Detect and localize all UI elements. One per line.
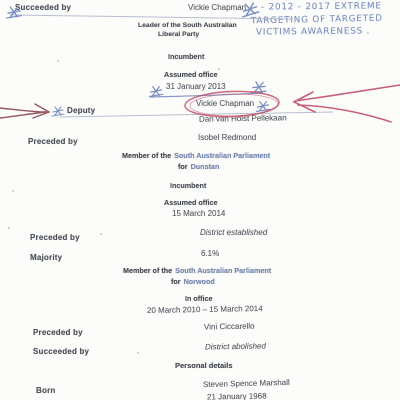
office3-for-word: for	[171, 277, 181, 286]
preceded-by-3-value: Vini Ciccarello	[204, 322, 255, 332]
scanned-document-page: Succeeded by Vickie Chapman Leader of th…	[0, 0, 400, 400]
office2-parliament-link-text: South Australian Parliament	[174, 151, 270, 160]
handwritten-underline-date	[150, 93, 263, 97]
office2-title-prefix: Member of the	[122, 151, 171, 160]
deputy-value-2: Dan van Holst Pellekaan	[199, 113, 287, 124]
row-divider-line-deputy	[60, 112, 333, 117]
office2-district-line: forDunstan	[178, 162, 219, 171]
handwritten-note-line2: TARGETING OF TARGETED	[251, 14, 383, 27]
office1-title-line1: Leader of the South Australian	[138, 22, 237, 29]
succeeded-by-2-label: Succeeded by	[33, 347, 89, 356]
scan-speck	[12, 190, 14, 192]
personal-details-header: Personal details	[175, 361, 233, 370]
office3-in-office-label: In office	[185, 294, 213, 303]
handwritten-star-icon	[256, 102, 269, 112]
scan-speck	[8, 227, 10, 229]
scan-speck	[57, 60, 59, 62]
office3-district-link-text: Norwood	[184, 277, 215, 286]
office2-assumed-office-date: 15 March 2014	[172, 209, 225, 218]
office2-for-word: for	[178, 162, 188, 171]
handwritten-note-line1: - 2012 - 2017 EXTREME	[261, 1, 382, 12]
red-arrow-icon	[294, 85, 400, 122]
office2-incumbent-status: Incumbent	[170, 181, 206, 190]
office1-title-line2: Liberal Party	[158, 31, 199, 38]
office3-parliament-link-text: South Australian Parliament	[175, 266, 271, 275]
preceded-by-2-label: Preceded by	[30, 233, 80, 242]
office3-title: Member of theSouth Australian Parliament	[123, 266, 271, 275]
maroon-arrow-icon	[0, 104, 49, 118]
succeeded-by-2-value: District abolished	[205, 341, 266, 351]
office3-district-line: forNorwood	[171, 277, 215, 286]
handwritten-star-icon	[52, 107, 64, 116]
scan-speck	[218, 68, 220, 70]
preceded-by-3-label: Preceded by	[33, 328, 83, 337]
office3-title-prefix: Member of the	[123, 266, 172, 275]
office1-assumed-office-label: Assumed office	[164, 70, 218, 79]
majority-label: Majority	[30, 253, 62, 262]
office1-incumbent-status: Incumbent	[168, 52, 204, 61]
succeeded-by-top-value: Vickie Chapman	[188, 3, 246, 12]
preceded-by-1-value: Isobel Redmond	[198, 133, 256, 142]
office3-term: 20 March 2010 – 15 March 2014	[147, 304, 263, 315]
deputy-value-1: Vickie Chapman	[196, 99, 254, 108]
office2-assumed-office-label: Assumed office	[164, 198, 218, 207]
born-value-name: Steven Spence Marshall	[203, 378, 290, 389]
handwritten-star-icon	[251, 81, 266, 93]
deputy-label: Deputy	[67, 106, 95, 115]
preceded-by-2-value: District established	[200, 228, 267, 237]
office2-title: Member of theSouth Australian Parliament	[122, 151, 270, 160]
scan-speck	[137, 352, 139, 354]
scan-speck	[100, 233, 102, 235]
majority-value: 6.1%	[201, 249, 219, 258]
handwritten-note-line3: VICTIMS AWARENESS .	[256, 26, 370, 37]
office2-district-link-text: Dunstan	[191, 162, 220, 171]
born-value-date: 21 January 1968	[207, 391, 267, 400]
handwritten-star-icon	[149, 87, 162, 97]
office1-assumed-office-date: 31 January 2013	[166, 82, 226, 91]
born-label: Born	[36, 386, 55, 395]
succeeded-by-top-label: Succeeded by	[15, 3, 71, 12]
preceded-by-1-label: Preceded by	[28, 137, 78, 146]
